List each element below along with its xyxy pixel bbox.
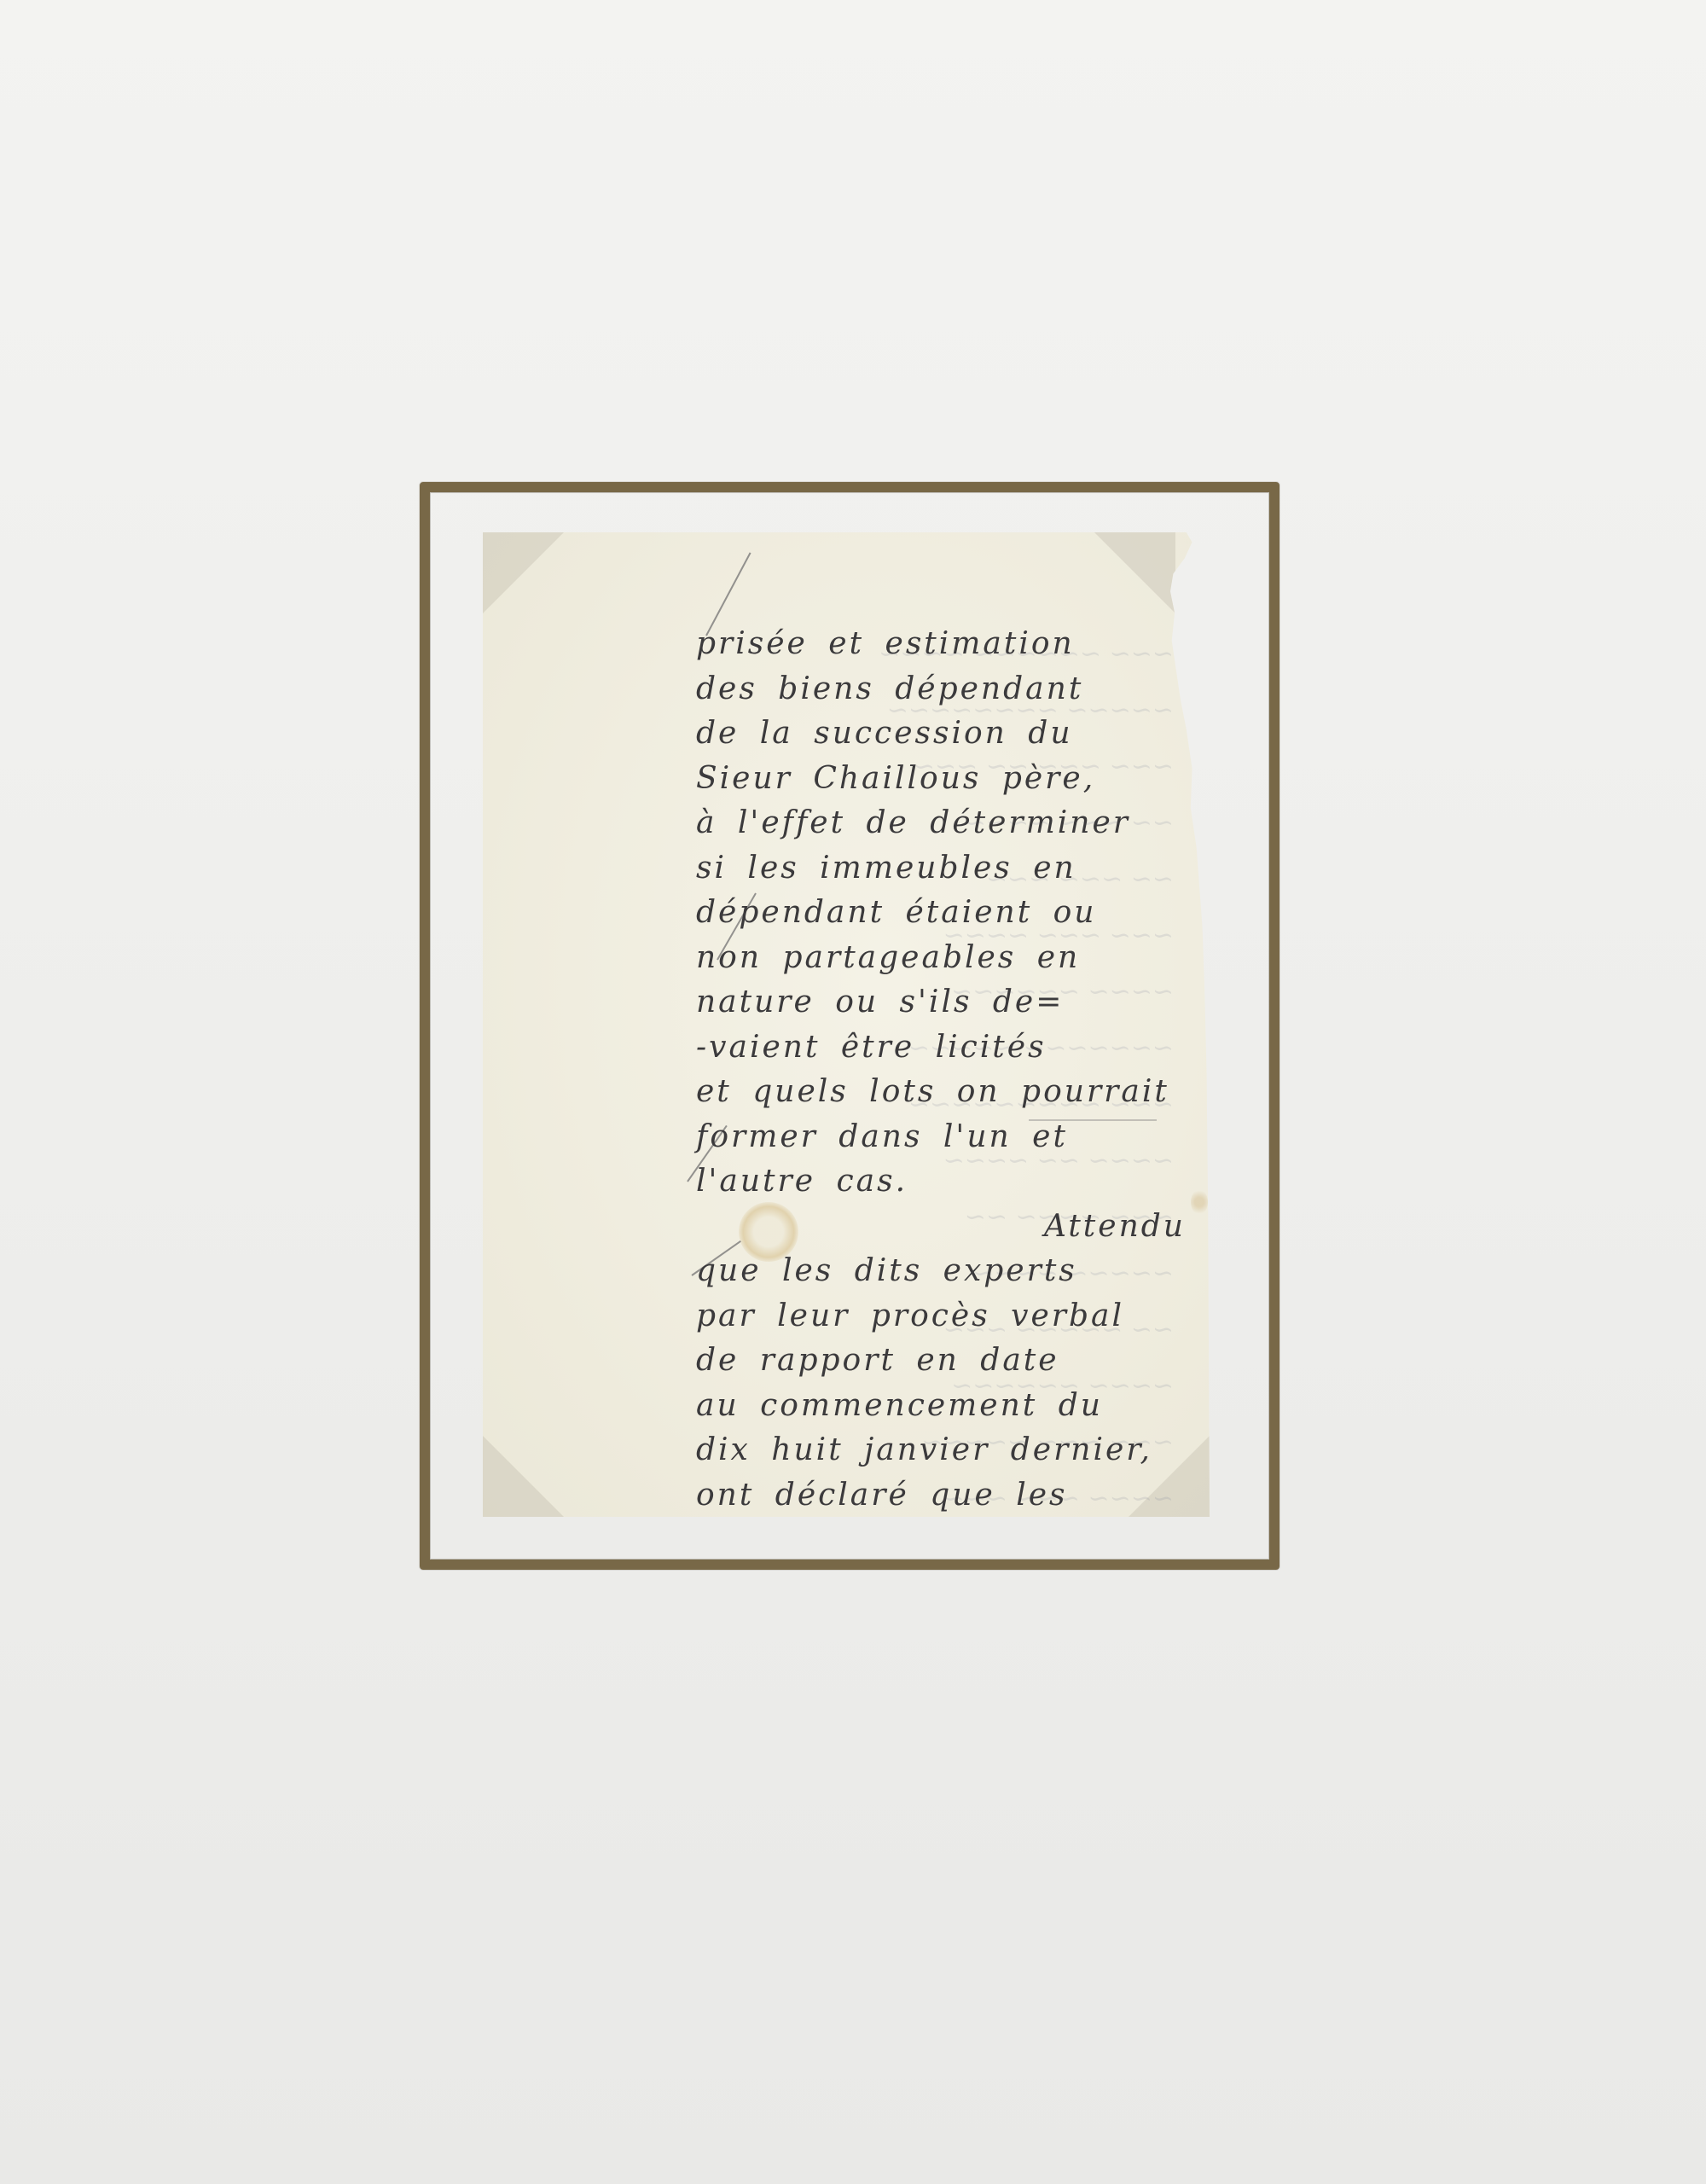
handwritten-text: prisée et estimation des biens dépendant…	[696, 622, 1191, 1518]
text-line: prisée et estimation	[696, 622, 1191, 667]
text-line: que les dits experts	[696, 1249, 1191, 1294]
text-line: Sieur Chaillous père,	[696, 757, 1191, 802]
text-line: par leur procès verbal	[696, 1294, 1191, 1339]
text-line: -vaient être licités	[696, 1025, 1191, 1071]
photo-corner-mount-icon	[1094, 532, 1175, 613]
text-line: à l'effet de déterminer	[696, 801, 1191, 846]
text-line: dépendant étaient ou	[696, 891, 1191, 936]
text-line: nature ou s'ils de=	[696, 980, 1191, 1025]
text-line: des biens dépendant	[696, 667, 1191, 712]
text-line: de la succession du	[696, 712, 1191, 757]
text-line: et quels lots on pourrait	[696, 1070, 1191, 1115]
text-line: Attendu	[696, 1205, 1191, 1250]
ink-stain	[1191, 1189, 1208, 1215]
text-line: non partageables en	[696, 936, 1191, 981]
text-line: l'autre cas.	[696, 1159, 1191, 1205]
text-line: ont déclaré que les	[696, 1473, 1191, 1519]
text-line: former dans l'un et	[696, 1115, 1191, 1160]
manuscript-paper: ~~~ ~~~~~~ ~~~~ ~~~~~ ~~~~~~~~ ~~~ ~~~ ~…	[483, 532, 1210, 1517]
text-line: dix huit janvier dernier,	[696, 1428, 1191, 1473]
text-line: au commencement du	[696, 1384, 1191, 1429]
mat-background: ~~~ ~~~~~~ ~~~~ ~~~~~ ~~~~~~~~ ~~~ ~~~ ~…	[0, 0, 1706, 2184]
text-line: si les immeubles en	[696, 846, 1191, 892]
photo-corner-mount-icon	[483, 532, 564, 613]
text-line: de rapport en date	[696, 1339, 1191, 1384]
